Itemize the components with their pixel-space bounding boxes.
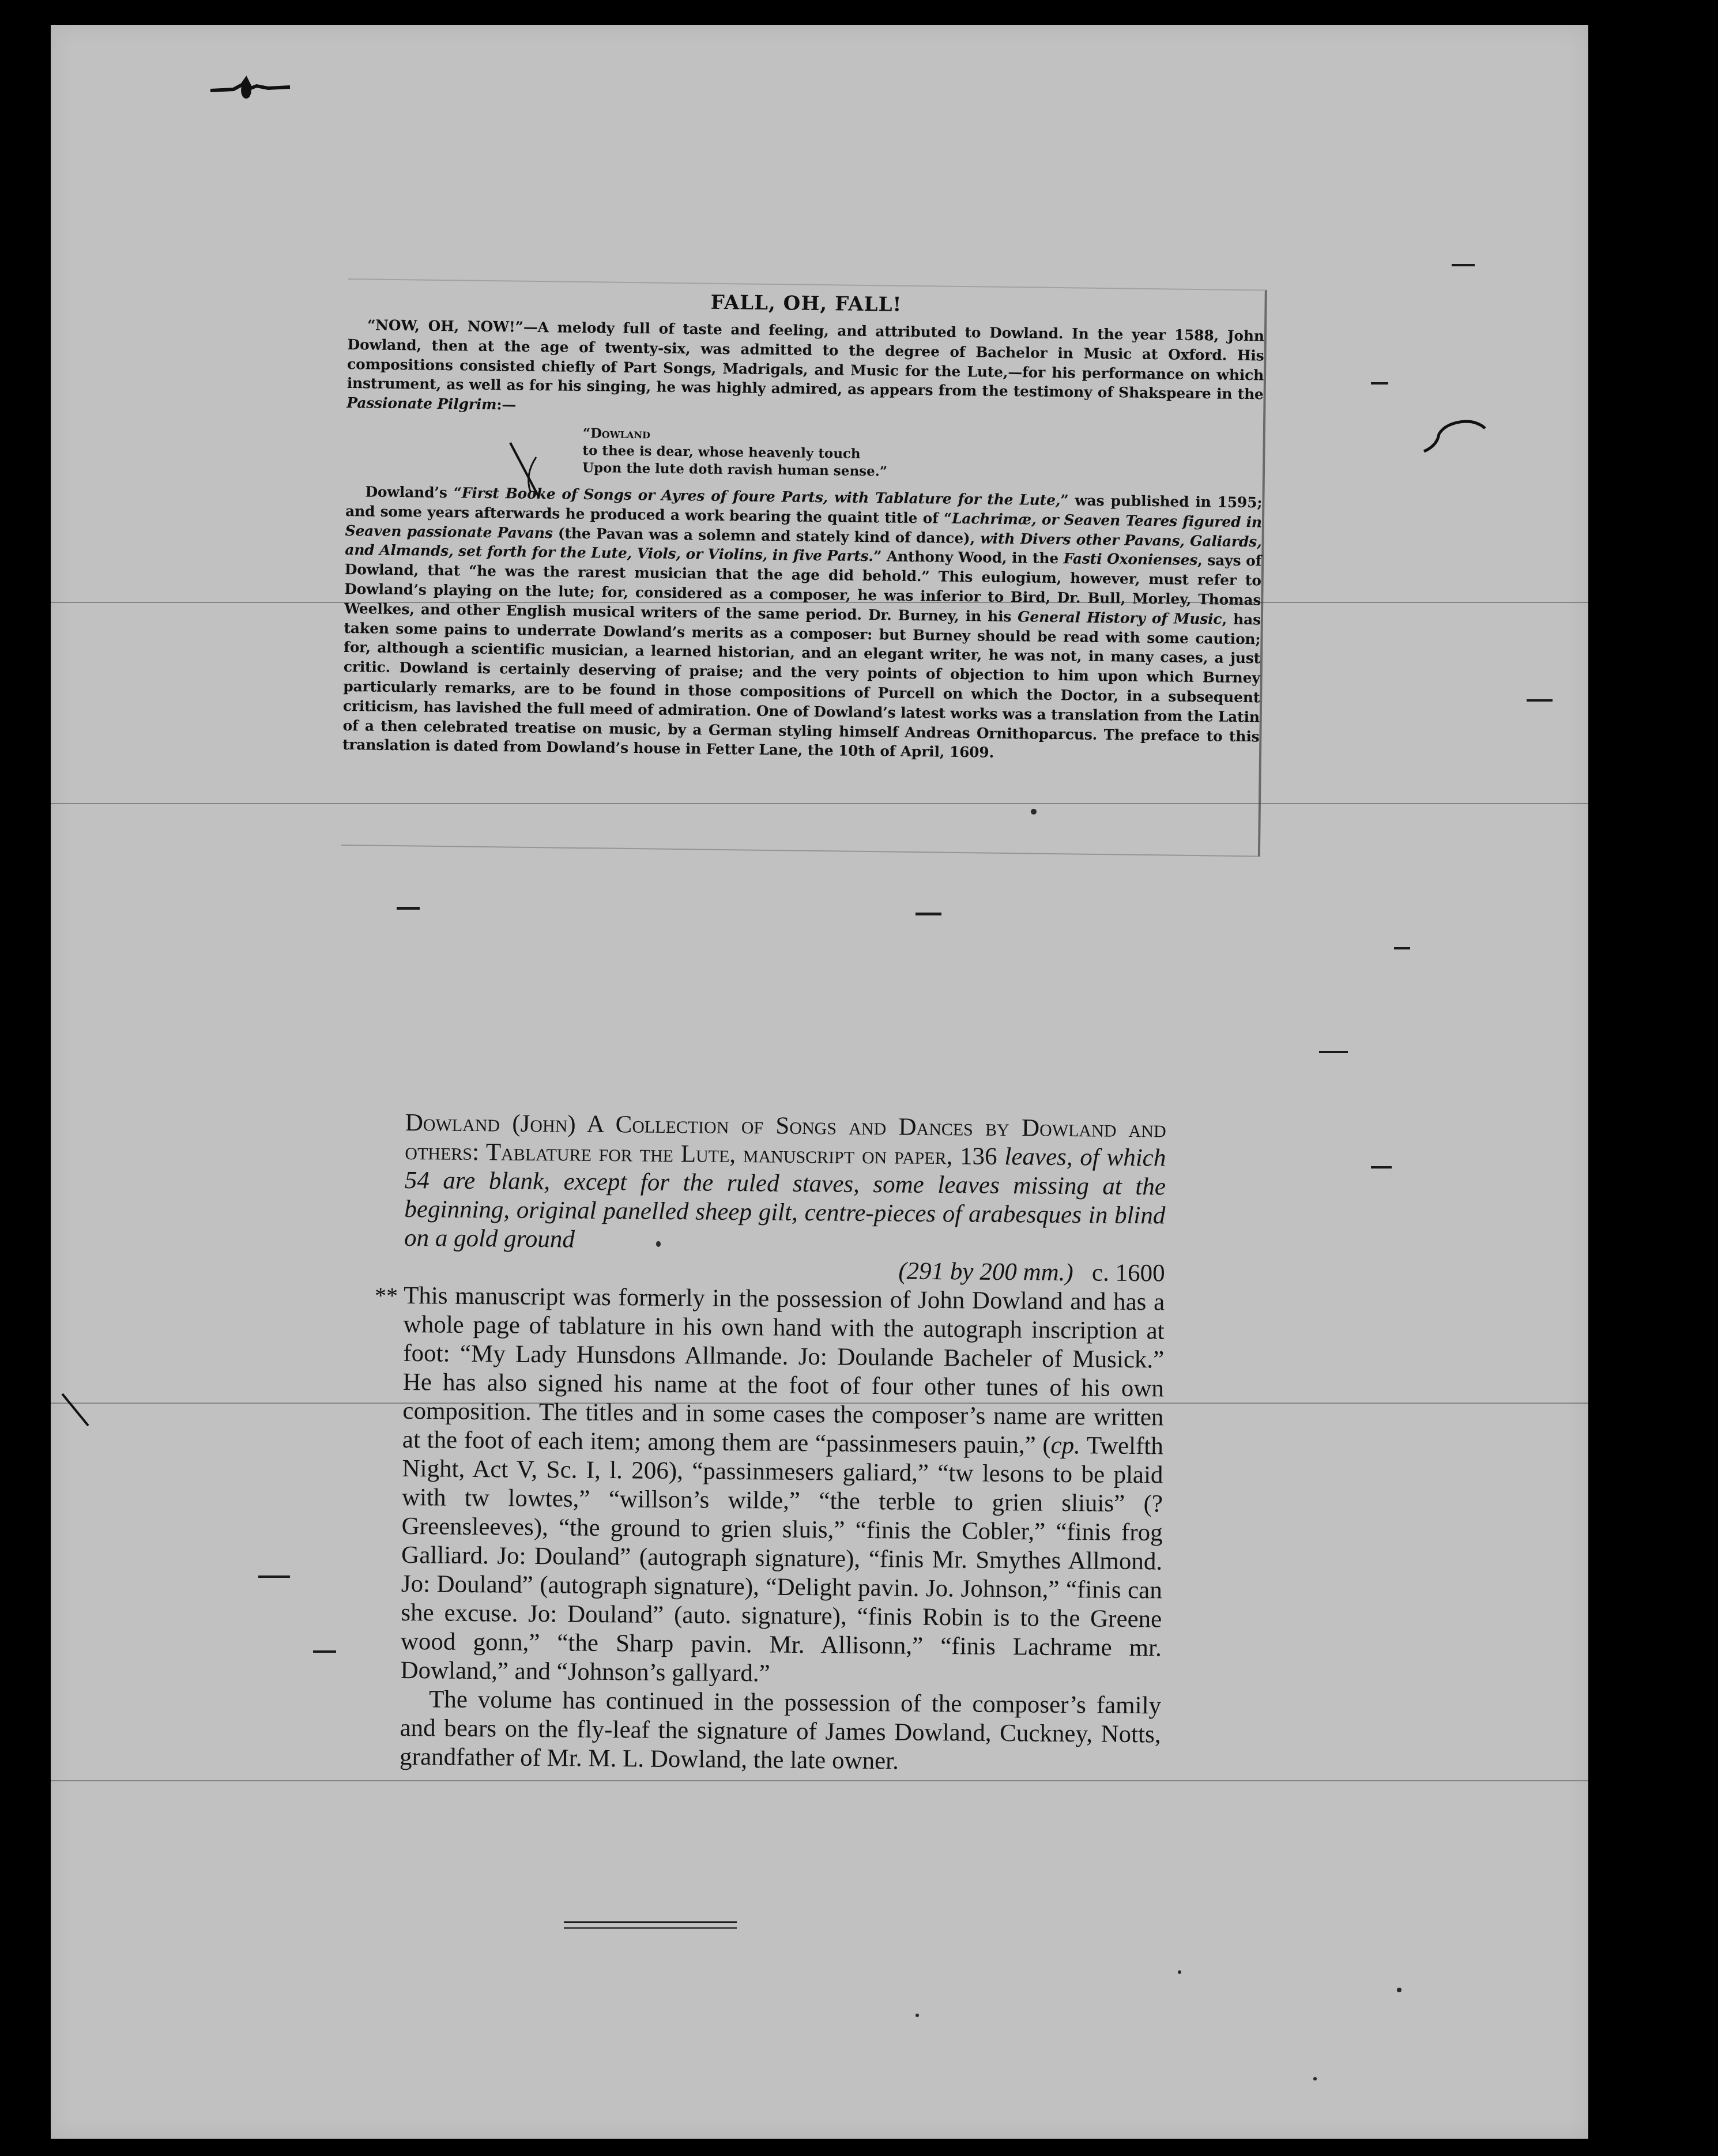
entry-note: ** This manuscript was formerly in the p… bbox=[400, 1281, 1165, 1778]
date: c. 1600 bbox=[1092, 1259, 1165, 1287]
scan-line bbox=[51, 803, 1588, 804]
song-title-lead: “NOW, OH, NOW!” bbox=[367, 316, 523, 335]
catalogue-entry: Dowland (John) A Collection of Songs and… bbox=[400, 1109, 1166, 1778]
dimensions: (291 by 200 mm.) bbox=[898, 1257, 1073, 1286]
margin-dash-mark bbox=[1394, 947, 1410, 949]
note-paragraph-1: This manuscript was formerly in the poss… bbox=[400, 1281, 1165, 1691]
dust-speck bbox=[1313, 2077, 1317, 2080]
margin-check-mark bbox=[62, 1394, 97, 1428]
margin-dash-mark bbox=[258, 1575, 290, 1578]
entry-author: Dowland (John) bbox=[405, 1109, 576, 1138]
dust-speck bbox=[915, 2014, 919, 2017]
note-asterisks: ** bbox=[375, 1281, 398, 1310]
scan-line bbox=[51, 602, 1588, 603]
pencil-cross-mark bbox=[507, 440, 559, 503]
dust-speck bbox=[656, 1241, 661, 1247]
end-rule bbox=[564, 1921, 737, 1923]
margin-dash-mark bbox=[397, 907, 420, 910]
margin-squiggle-mark bbox=[1423, 417, 1492, 457]
entry-heading: Dowland (John) A Collection of Songs and… bbox=[404, 1109, 1166, 1260]
margin-dash-mark bbox=[313, 1650, 336, 1653]
margin-dash-mark bbox=[1452, 264, 1475, 266]
margin-dash-mark bbox=[915, 913, 941, 915]
margin-dash-mark bbox=[1371, 382, 1388, 385]
clipping-title: FALL, OH, FALL! bbox=[348, 287, 1264, 321]
scan-line bbox=[51, 1780, 1588, 1781]
clipping-paragraph-2: Dowland’s “First Booke of Songs or Ayres… bbox=[342, 482, 1263, 766]
work-title: Passionate Pilgrim bbox=[346, 394, 496, 413]
margin-dash-mark bbox=[1319, 1051, 1348, 1053]
dust-speck bbox=[1397, 1988, 1401, 1992]
note-paragraph-2: The volume has continued in the possessi… bbox=[400, 1685, 1161, 1778]
clipping-paragraph-1: “NOW, OH, NOW!”—A melody full of taste a… bbox=[346, 315, 1264, 424]
margin-dash-mark bbox=[1371, 1166, 1392, 1169]
margin-dash-mark bbox=[1527, 699, 1553, 702]
leaf-count: 136 bbox=[960, 1143, 997, 1170]
dust-speck bbox=[1178, 1970, 1181, 1974]
newspaper-clipping: FALL, OH, FALL! “NOW, OH, NOW!”—A melody… bbox=[341, 278, 1267, 857]
scanned-page: FALL, OH, FALL! “NOW, OH, NOW!”—A melody… bbox=[51, 25, 1588, 2139]
shakespeare-quote: “Dowland to thee is dear, whose heavenly… bbox=[582, 425, 1263, 485]
ink-blot-mark bbox=[210, 78, 291, 107]
end-rule bbox=[564, 1927, 737, 1929]
dust-speck bbox=[1031, 809, 1037, 815]
